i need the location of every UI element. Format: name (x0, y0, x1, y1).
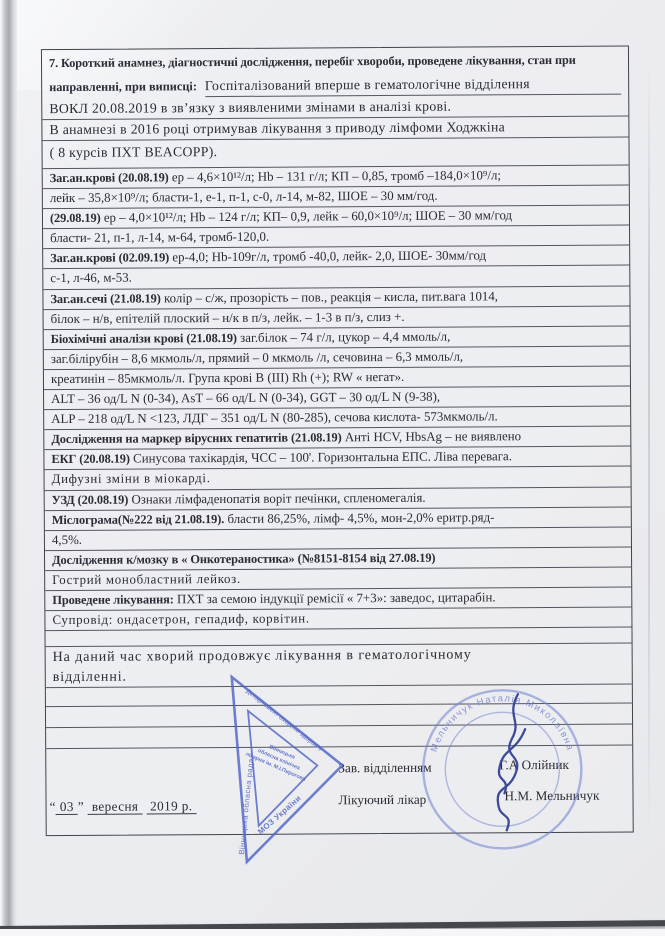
document-content: 7. Короткий анамнез, діагностичні дослід… (0, 0, 665, 936)
section7-label-continuation: направленні, при виписці: (49, 76, 197, 98)
date-line: “03” вересня 2019 р. (50, 798, 197, 815)
status-line2: відділенні. (53, 664, 625, 687)
quote-close: ” (78, 799, 84, 814)
current-status-row: На даний час хворий продовжує лікування … (46, 644, 632, 689)
admission-text-line1: Госпіталізований вперше в гематологічне … (205, 74, 621, 98)
scan-edge-shadow-left (0, 0, 17, 930)
scan-edge-below (0, 929, 665, 936)
attending-doctor-label: Лікуючий лікар (338, 792, 426, 809)
section7-label-line1: 7. Короткий анамнез, діагностичні дослід… (42, 47, 628, 77)
history-line2: ( 8 курсів ПХТ BEACOPP). (42, 138, 628, 170)
date-month: вересня (88, 799, 143, 815)
attending-doctor-name: Н.М. Мельничук (504, 788, 599, 805)
section7-label-line2: направленні, при виписці: Госпіталізован… (42, 73, 628, 99)
date-day: 03 (56, 799, 78, 815)
head-of-department-label: Зав. відділенням (338, 760, 431, 777)
date-year: 2019 р. (146, 798, 196, 814)
head-of-department-name: Г.А Олійник (499, 757, 569, 773)
signature-row: “03” вересня 2019 р. Зав. відділенням Г.… (46, 746, 633, 836)
scanned-document-page: 7. Короткий анамнез, діагностичні дослід… (0, 0, 665, 936)
lab-rows: Заг.ан.крові (20.08.19) ер – 4,6×10¹²/л;… (43, 166, 632, 632)
epicrisis-table: 7. Короткий анамнез, діагностичні дослід… (41, 46, 634, 837)
